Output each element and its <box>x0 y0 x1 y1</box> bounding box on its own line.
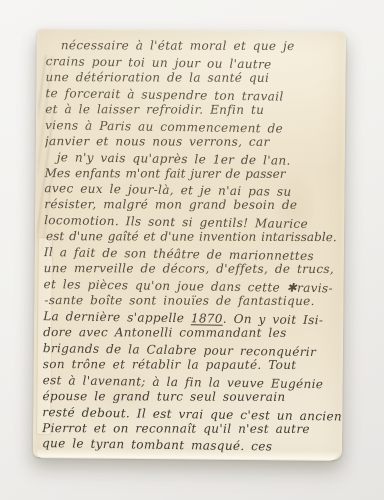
letter-paper: nécessaire à l'état moral et que jecrain… <box>33 29 346 460</box>
manuscript-line: résister, malgré mon grand besoin de <box>44 197 344 214</box>
manuscript-line: une détérioration de la santé qui <box>46 70 346 87</box>
manuscript-line: une merveille de décors, d'effets, de tr… <box>44 261 344 278</box>
underlined-word: 1870 <box>191 311 223 325</box>
manuscript-line: est d'une gaîté et d'une invention intar… <box>46 229 344 246</box>
manuscript-line: janvier et nous nous verrons, car <box>45 134 345 151</box>
manuscript-line: que le tyran tombant masqué. ces <box>42 437 342 456</box>
manuscript-lines: nécessaire à l'état moral et que jecrain… <box>42 38 346 456</box>
manuscript-line: Mes enfants m'ont fait jurer de passer <box>45 166 345 183</box>
manuscript-line: nécessaire à l'état moral et que je <box>61 38 346 55</box>
letter-photograph: nécessaire à l'état moral et que jecrain… <box>0 0 384 500</box>
manuscript-line: -sante boîte sont inouïes de fantastique… <box>44 293 343 310</box>
manuscript-line: Pierrot et on reconnaît qu'il n'est autr… <box>42 421 342 438</box>
manuscript-line: et à le laisser refroidir. Enfin tu <box>45 102 345 119</box>
manuscript-line: épouse le grand turc seul souverain <box>42 389 342 406</box>
line-text: La dernière s'appelle <box>43 309 191 325</box>
manuscript-line: dore avec Antonelli commandant les <box>43 325 343 342</box>
manuscript-line: son trône et rétablir la papauté. Tout <box>43 357 343 374</box>
